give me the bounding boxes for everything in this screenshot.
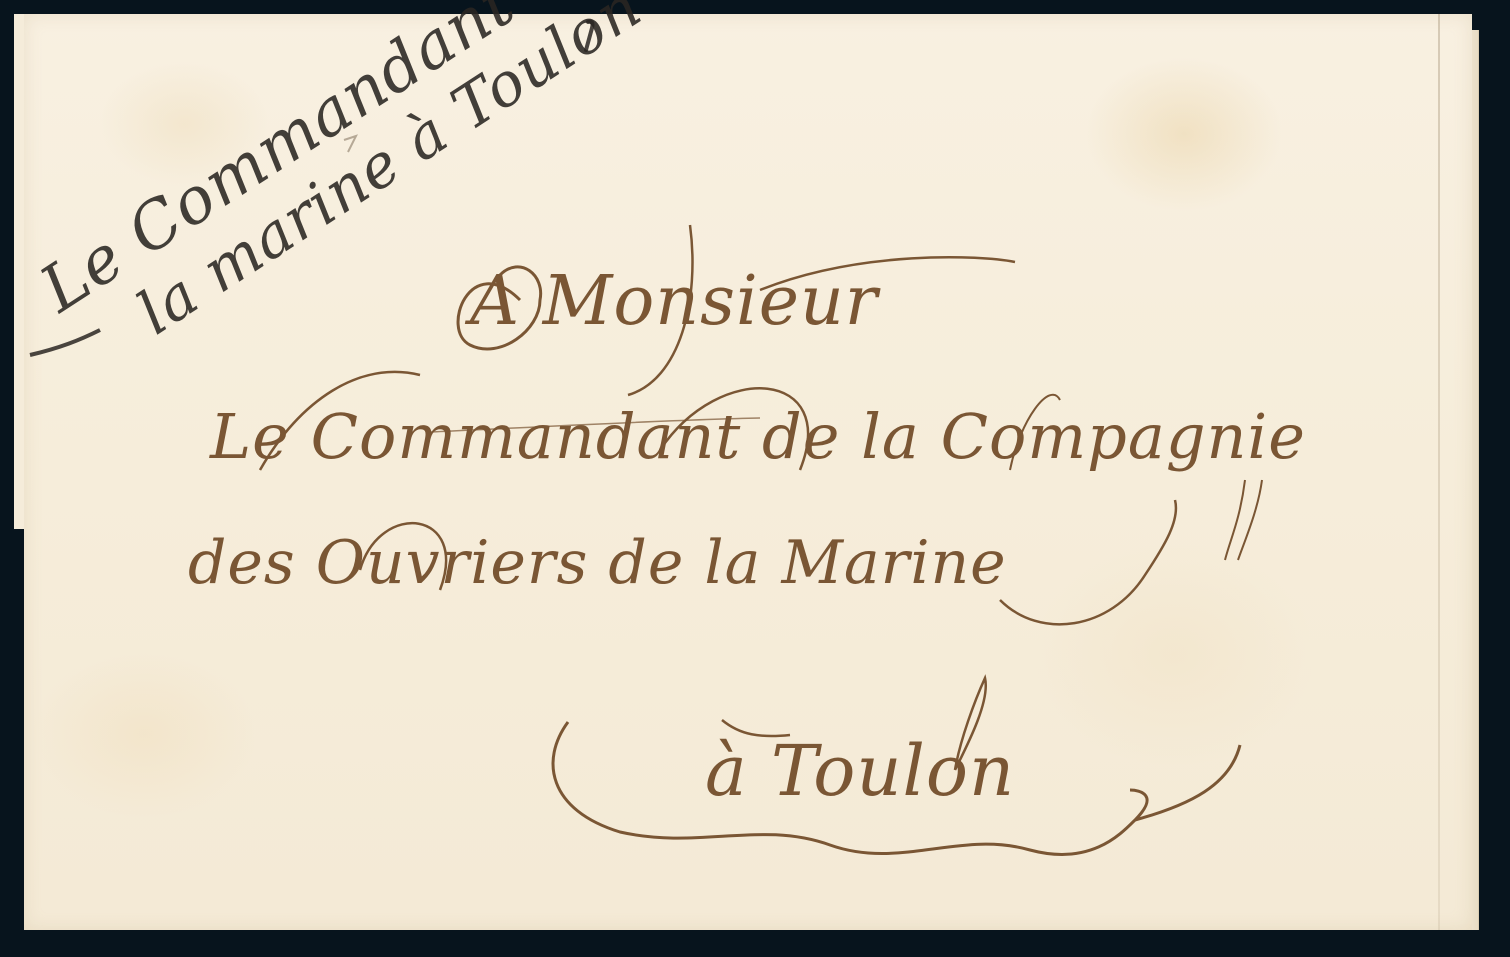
address-line-destination: à Toulon (705, 730, 1015, 812)
address-line-salutation: A Monsieur (470, 262, 878, 341)
address-line-title: Le Commandant de la Compagnie (210, 400, 1306, 473)
address-line-unit: des Ouvriers de la Marine (188, 528, 1007, 598)
letter-photograph: Le Commandant de la marine à Toulon A Mo… (0, 0, 1510, 957)
fold-crease (1438, 14, 1440, 930)
